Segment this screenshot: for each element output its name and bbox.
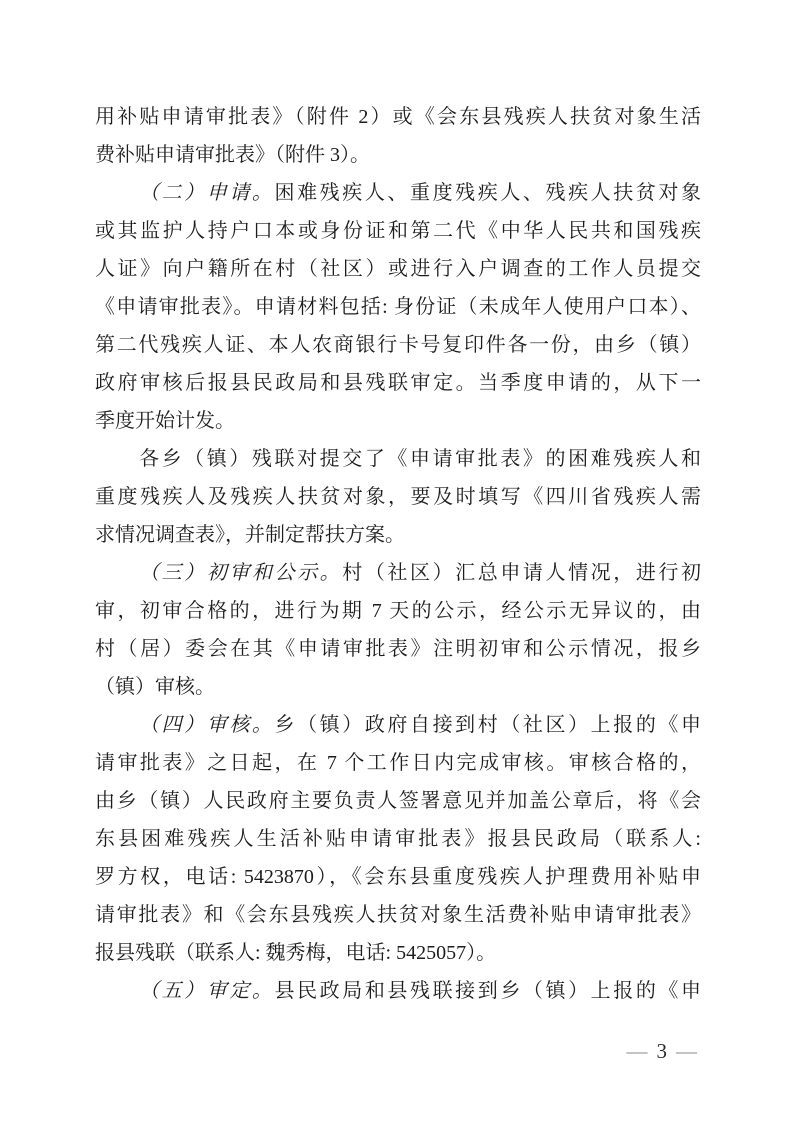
section-heading: （四）审核。	[139, 714, 275, 736]
line-text: 报县残联（联系人: 魏秀梅，电话: 5425057）。	[95, 942, 496, 964]
text-line: （四）审核。乡（镇）政府自接到村（社区）上报的《申	[95, 706, 701, 744]
text-line: 报县残联（联系人: 魏秀梅，电话: 5425057）。	[95, 934, 701, 972]
text-line: 《申请审批表》。申请材料包括: 身份证（未成年人使用户口本）、	[95, 288, 701, 326]
text-line: （五）审定。县民政局和县残联接到乡（镇）上报的《申	[95, 972, 701, 1010]
line-text: 请审批表》和《会东县残疾人扶贫对象生活费补贴申请审批表》	[95, 904, 701, 926]
line-text: 第二代残疾人证、本人农商银行卡号复印件各一份，由乡（镇）	[95, 334, 701, 356]
line-text: 政府审核后报县民政局和县残联审定。当季度申请的，从下一	[95, 372, 701, 394]
text-line: （三）初审和公示。村（社区）汇总申请人情况，进行初	[95, 554, 701, 592]
line-text: 由乡（镇）人民政府主要负责人签署意见并加盖公章后，将《会	[95, 790, 701, 812]
document-page: 用补贴申请审批表》（附件 2）或《会东县残疾人扶贫对象生活 费补贴申请审批表》（…	[0, 0, 793, 1122]
page-number-value: 3	[657, 1039, 668, 1063]
line-text: 审，初审合格的，进行为期 7 天的公示，经公示无异议的，由	[95, 600, 701, 622]
text-line: 罗方权，电话: 5423870），《会东县重度残疾人护理费用补贴申	[95, 858, 701, 896]
line-text: 人证》向户籍所在村（社区）或进行入户调查的工作人员提交	[95, 258, 701, 280]
line-text: 村（社区）汇总申请人情况，进行初	[342, 562, 701, 584]
text-line: 或其监护人持户口本或身份证和第二代《中华人民共和国残疾	[95, 212, 701, 250]
line-text: 罗方权，电话: 5423870），《会东县重度残疾人护理费用补贴申	[95, 866, 701, 888]
text-line: 用补贴申请审批表》（附件 2）或《会东县残疾人扶贫对象生活	[95, 98, 701, 136]
line-text: 请审批表》之日起，在 7 个工作日内完成审核。审核合格的，	[95, 752, 701, 774]
page-number-dash-left: —	[627, 1039, 648, 1063]
line-text: 季度开始计发。	[95, 410, 235, 432]
text-line: 重度残疾人及残疾人扶贫对象，要及时填写《四川省残疾人需	[95, 478, 701, 516]
section-heading: （三）初审和公示。	[139, 562, 342, 584]
section-heading: （二）申请。	[139, 182, 275, 204]
line-text: 各乡（镇）残联对提交了《申请审批表》的困难残疾人和	[139, 448, 701, 470]
line-text: 用补贴申请审批表》（附件 2）或《会东县残疾人扶贫对象生活	[95, 106, 701, 128]
text-line: 东县困难残疾人生活补贴申请审批表》报县民政局（联系人:	[95, 820, 701, 858]
line-text: 重度残疾人及残疾人扶贫对象，要及时填写《四川省残疾人需	[95, 486, 701, 508]
line-text: 或其监护人持户口本或身份证和第二代《中华人民共和国残疾	[95, 220, 701, 242]
line-text: 求情况调查表》，并制定帮扶方案。	[95, 524, 405, 546]
line-text: 困难残疾人、重度残疾人、残疾人扶贫对象	[275, 182, 702, 204]
line-text: 村（居）委会在其《申请审批表》注明初审和公示情况，报乡	[95, 638, 701, 660]
document-body: 用补贴申请审批表》（附件 2）或《会东县残疾人扶贫对象生活 费补贴申请审批表》（…	[95, 98, 701, 1010]
text-line: 审，初审合格的，进行为期 7 天的公示，经公示无异议的，由	[95, 592, 701, 630]
text-line: 第二代残疾人证、本人农商银行卡号复印件各一份，由乡（镇）	[95, 326, 701, 364]
text-line: （二）申请。困难残疾人、重度残疾人、残疾人扶贫对象	[95, 174, 701, 212]
section-heading: （五）审定。	[139, 980, 275, 1002]
text-line: 各乡（镇）残联对提交了《申请审批表》的困难残疾人和	[95, 440, 701, 478]
text-line: 村（居）委会在其《申请审批表》注明初审和公示情况，报乡	[95, 630, 701, 668]
text-line: 人证》向户籍所在村（社区）或进行入户调查的工作人员提交	[95, 250, 701, 288]
page-number: —3—	[627, 1036, 698, 1066]
line-text: 东县困难残疾人生活补贴申请审批表》报县民政局（联系人:	[95, 828, 701, 850]
text-line: 费补贴申请审批表》（附件 3）。	[95, 136, 701, 174]
text-line: 请审批表》和《会东县残疾人扶贫对象生活费补贴申请审批表》	[95, 896, 701, 934]
text-line: 由乡（镇）人民政府主要负责人签署意见并加盖公章后，将《会	[95, 782, 701, 820]
text-line: 季度开始计发。	[95, 402, 701, 440]
line-text: （镇）审核。	[95, 676, 215, 698]
text-line: 请审批表》之日起，在 7 个工作日内完成审核。审核合格的，	[95, 744, 701, 782]
text-line: （镇）审核。	[95, 668, 701, 706]
text-line: 政府审核后报县民政局和县残联审定。当季度申请的，从下一	[95, 364, 701, 402]
line-text: 《申请审批表》。申请材料包括: 身份证（未成年人使用户口本）、	[95, 296, 701, 318]
page-number-dash-right: —	[676, 1039, 697, 1063]
line-text: 费补贴申请审批表》（附件 3）。	[95, 144, 370, 166]
line-text: 乡（镇）政府自接到村（社区）上报的《申	[275, 714, 702, 736]
text-line: 求情况调查表》，并制定帮扶方案。	[95, 516, 701, 554]
line-text: 县民政局和县残联接到乡（镇）上报的《申	[275, 980, 702, 1002]
